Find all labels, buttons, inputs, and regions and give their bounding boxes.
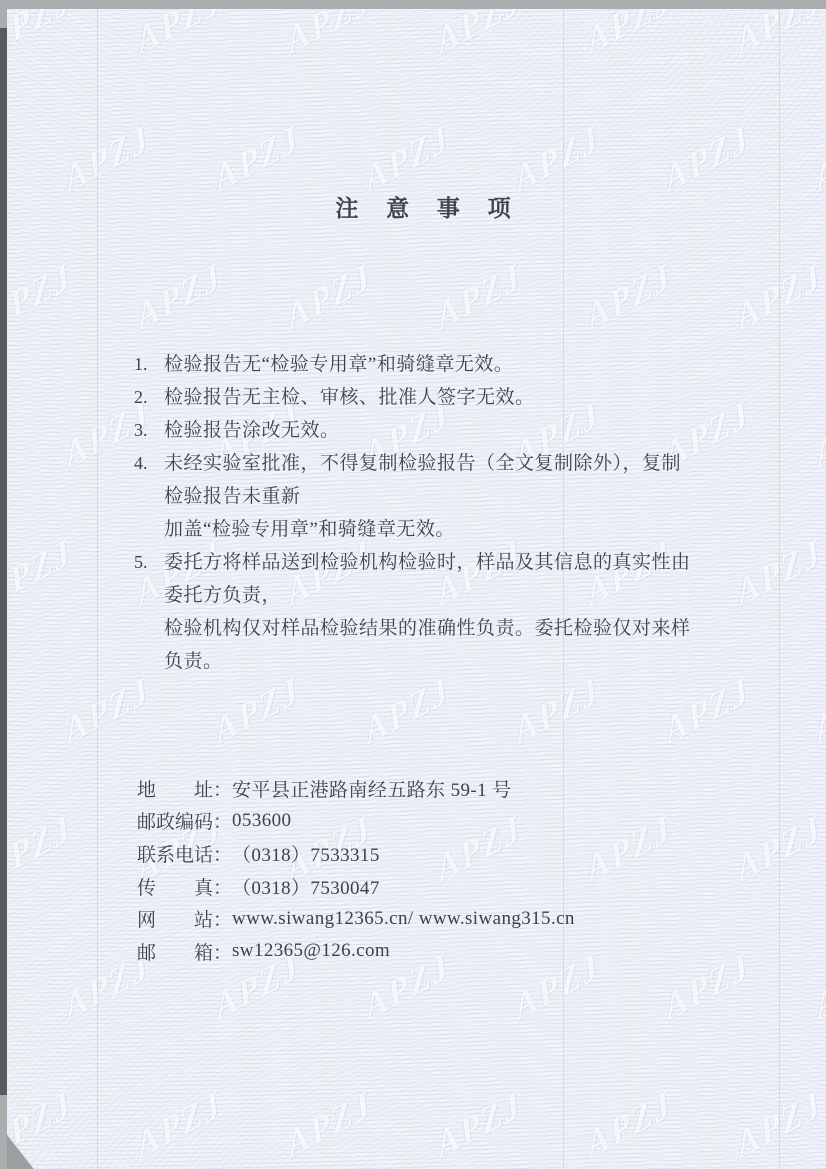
list-item: 4. 未经实验室批准，不得复制检验报告（全文复制除外），复制检验报告未重新 加盖… — [134, 447, 700, 546]
document-page: APZJAPZJAPZJAPZJAPZJAPZJAPZJAPZJAPZJAPZJ… — [7, 9, 826, 1169]
notes-list: 1. 检验报告无“检验专用章”和骑缝章无效。 2. 检验报告无主检、审核、批准人… — [134, 348, 700, 678]
list-item: 5. 委托方将样品送到检验机构检验时，样品及其信息的真实性由委托方负责， 检验机… — [134, 546, 700, 678]
fold-line — [97, 9, 98, 1169]
contact-value: （0318）7530047 — [232, 873, 380, 900]
contact-row-address: 地址：安平县正港路南经五路东 59-1 号 — [137, 772, 697, 805]
list-item-text: 委托方将样品送到检验机构检验时，样品及其信息的真实性由委托方负责， 检验机构仅对… — [164, 552, 691, 672]
contact-row-phone: 联系电话：（0318）7533315 — [137, 837, 697, 870]
list-item: 2. 检验报告无主检、审核、批准人签字无效。 — [134, 381, 700, 414]
contact-value: （0318）7533315 — [232, 840, 380, 867]
contact-value: 安平县正港路南经五路东 59-1 号 — [232, 775, 512, 802]
list-item-text: 检验报告无“检验专用章”和骑缝章无效。 — [164, 354, 513, 375]
contact-label: 传真 — [137, 873, 213, 900]
contact-row-fax: 传真：（0318）7530047 — [137, 870, 697, 903]
contact-colon: ： — [213, 840, 232, 867]
list-item-number: 1. — [134, 348, 148, 381]
contact-colon: ： — [213, 873, 232, 900]
page-corner-shadow — [7, 1135, 49, 1169]
contact-colon: ： — [213, 905, 232, 932]
contact-block: 地址：安平县正港路南经五路东 59-1 号 邮政编码：053600 联系电话：（… — [137, 772, 697, 968]
contact-row-email: 邮箱：sw12365@126.com — [137, 935, 697, 968]
list-item: 1. 检验报告无“检验专用章”和骑缝章无效。 — [134, 348, 700, 381]
list-item-number: 3. — [134, 414, 148, 447]
contact-label: 网站 — [137, 905, 213, 932]
contact-label: 地址 — [137, 775, 213, 802]
contact-row-postcode: 邮政编码：053600 — [137, 805, 697, 838]
scan-edge-shadow — [0, 28, 7, 1095]
contact-row-website: 网站：www.siwang12365.cn/ www.siwang315.cn — [137, 902, 697, 935]
list-item-number: 5. — [134, 546, 148, 579]
contact-colon: ： — [213, 775, 232, 802]
contact-colon: ： — [213, 938, 232, 965]
contact-value: www.siwang12365.cn/ www.siwang315.cn — [232, 908, 575, 930]
contact-value: sw12365@126.com — [232, 940, 390, 962]
list-item-text: 未经实验室批准，不得复制检验报告（全文复制除外），复制检验报告未重新 加盖“检验… — [164, 453, 681, 540]
list-item: 3. 检验报告涂改无效。 — [134, 414, 700, 447]
list-item-text: 检验报告涂改无效。 — [164, 420, 340, 441]
contact-label: 邮箱 — [137, 938, 213, 965]
contact-label: 联系电话 — [137, 840, 213, 867]
list-item-number: 4. — [134, 447, 148, 480]
contact-label: 邮政编码 — [137, 807, 213, 834]
list-item-text: 检验报告无主检、审核、批准人签字无效。 — [164, 387, 535, 408]
contact-colon: ： — [213, 807, 232, 834]
contact-value: 053600 — [232, 810, 291, 832]
page-title: 注 意 事 项 — [19, 197, 826, 220]
list-item-number: 2. — [134, 381, 148, 414]
fold-line — [779, 9, 780, 1169]
